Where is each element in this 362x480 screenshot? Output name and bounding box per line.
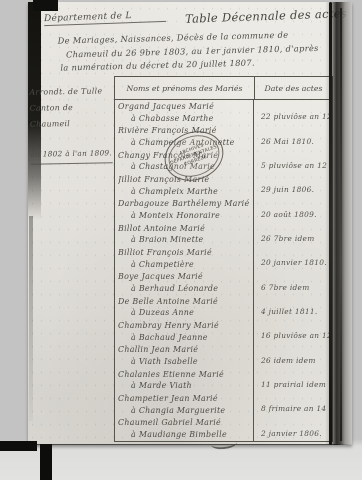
cell-names: Darbagouze Barthélemy Marié à Monteix Ho… <box>115 197 254 221</box>
groom-name: Organd Jacques Marié <box>118 101 253 113</box>
act-date: 6 7bre idem <box>261 283 310 292</box>
act-date: 22 pluviôse an 12 <box>261 112 332 121</box>
bride-name: à Monteix Honoraire <box>118 210 253 222</box>
cell-names: Chaumeil Gabriel Marié à Maudiange Bimbe… <box>115 416 254 440</box>
margin-arrondissement: Arrondt. de Tulle <box>29 83 113 100</box>
margin-notes: Arrondt. de Tulle Canton de Chaumeil an … <box>29 83 114 164</box>
groom-name: Billot Antoine Marié <box>118 223 253 235</box>
bride-name: à Chabasse Marthe <box>118 113 253 125</box>
act-date: 26 7bre idem <box>261 234 315 243</box>
cover-mark-bottom-vertical <box>40 444 52 480</box>
act-date: 2 janvier 1806. <box>261 429 322 438</box>
register-page: Département de L Table Décennale des act… <box>28 2 352 445</box>
act-date: 4 juillet 1811. <box>261 307 318 316</box>
groom-name: Chaumeil Gabriel Marié <box>118 417 253 429</box>
cell-names: Chalanies Etienne Marié à Marde Viath <box>115 368 254 392</box>
cell-date: 26 7bre idem <box>254 222 332 246</box>
table-row: Organd Jacques Marié à Chabasse Marthe 2… <box>115 100 332 124</box>
groom-name: Challin Jean Marié <box>118 344 253 356</box>
act-date: 20 janvier 1810. <box>261 258 327 267</box>
cell-date: 26 idem idem <box>254 343 332 367</box>
bride-name: à Champetière <box>118 259 253 271</box>
cell-names: De Belle Antoine Marié à Duzeas Anne <box>115 295 254 319</box>
groom-name: Chalanies Etienne Marié <box>118 369 253 381</box>
binding-edge-right <box>325 2 352 445</box>
act-date: 8 frimaire an 14 <box>261 404 326 413</box>
table-header-row: Noms et prénoms des Mariés Date des acte… <box>115 77 332 100</box>
column-header-names: Noms et prénoms des Mariés <box>115 77 255 99</box>
bride-name: à Braion Minette <box>118 234 253 246</box>
table-row: Challin Jean Marié à Viath Isabelle 26 i… <box>115 343 332 367</box>
cell-date: 16 pluviôse an 12 <box>254 319 332 343</box>
bride-name: à Changia Marguerite <box>118 405 253 417</box>
table-row: Chalanies Etienne Marié à Marde Viath 11… <box>115 368 332 392</box>
bride-name: à Viath Isabelle <box>118 356 253 368</box>
table-row: Billot Antoine Marié à Braion Minette 26… <box>115 222 332 246</box>
table-row: Darbagouze Barthélemy Marié à Monteix Ho… <box>115 197 332 221</box>
cell-date: 8 frimaire an 14 <box>254 392 332 416</box>
bride-name: à Berhaud Léonarde <box>118 283 253 295</box>
column-header-dates: Date des actes <box>255 77 332 99</box>
stamp-line-1: ARCHIVES <box>179 143 205 157</box>
cell-names: Organd Jacques Marié à Chabasse Marthe <box>115 100 254 124</box>
table-row: De Belle Antoine Marié à Duzeas Anne 4 j… <box>115 295 332 319</box>
cell-date: 11 prairial idem <box>254 368 332 392</box>
document-title: Table Décennale des actes <box>185 6 347 26</box>
act-date: 26 Mai 1810. <box>261 137 314 146</box>
bride-name: à Bachaud Jeanne <box>118 332 253 344</box>
cell-date: 5 pluviôse an 12 <box>254 149 332 173</box>
act-date: 29 juin 1806. <box>261 185 314 194</box>
margin-canton: Canton de Chaumeil <box>30 99 115 132</box>
act-date: 11 prairial idem <box>261 380 326 389</box>
groom-name: Darbagouze Barthélemy Marié <box>118 198 253 210</box>
table-row: Boye Jacques Marié à Berhaud Léonarde 6 … <box>115 270 332 294</box>
scan-background: Département de L Table Décennale des act… <box>0 0 362 480</box>
table-row: Rivière François Marié à Champeige Antoi… <box>115 124 332 148</box>
bride-name: à Champleix Marthe <box>118 186 253 198</box>
cell-date: 22 pluviôse an 12 <box>254 100 332 124</box>
cell-names: Billot Antoine Marié à Braion Minette <box>115 222 254 246</box>
act-date: 5 pluviôse an 12 <box>261 161 327 170</box>
table-row: Champetier Jean Marié à Changia Margueri… <box>115 392 332 416</box>
document-subtitle: De Mariages, Naissances, Décès de la com… <box>58 27 339 75</box>
groom-name: Chambray Henry Marié <box>118 320 253 332</box>
act-date: 16 pluviôse an 12 <box>261 331 332 340</box>
table-row: Chambray Henry Marié à Bachaud Jeanne 16… <box>115 319 332 343</box>
cell-names: Billiot François Marié à Champetière <box>115 246 254 270</box>
cell-date: 29 juin 1806. <box>254 173 332 197</box>
act-date: 26 idem idem <box>261 356 316 365</box>
cell-date: 20 janvier 1810. <box>254 246 332 270</box>
stamp-line-3: CORRÈZE <box>184 155 209 169</box>
bride-name: à Duzeas Anne <box>118 307 253 319</box>
table-row: Jilliot François Marié à Champleix Marth… <box>115 173 332 197</box>
decennial-table: Noms et prénoms des Mariés Date des acte… <box>114 76 333 442</box>
cell-names: Challin Jean Marié à Viath Isabelle <box>115 343 254 367</box>
groom-name: Billiot François Marié <box>118 247 253 259</box>
act-date: 20 août 1809. <box>261 210 317 219</box>
cell-date: 4 juillet 1811. <box>254 295 332 319</box>
margin-years: an 1802 à l'an 1809. <box>30 145 112 164</box>
cell-names: Chambray Henry Marié à Bachaud Jeanne <box>115 319 254 343</box>
binding-mark-top <box>33 0 58 11</box>
groom-name: Champetier Jean Marié <box>118 393 253 405</box>
cover-mark-bottom-horizontal <box>0 441 37 451</box>
cell-names: Boye Jacques Marié à Berhaud Léonarde <box>115 270 254 294</box>
department-heading: Département de L <box>44 10 166 26</box>
stamp-line-2: DÉPARTEMENTALES <box>170 145 218 168</box>
bride-name: à Marde Viath <box>118 380 253 392</box>
cell-date: 6 7bre idem <box>254 270 332 294</box>
groom-name: De Belle Antoine Marié <box>118 296 253 308</box>
cell-names: Champetier Jean Marié à Changia Margueri… <box>115 392 254 416</box>
cell-date: 2 janvier 1806. <box>254 416 332 440</box>
table-row: Billiot François Marié à Champetière 20 … <box>115 246 332 270</box>
groom-name: Boye Jacques Marié <box>118 271 253 283</box>
cell-date: 20 août 1809. <box>254 197 332 221</box>
cell-date: 26 Mai 1810. <box>254 124 332 148</box>
